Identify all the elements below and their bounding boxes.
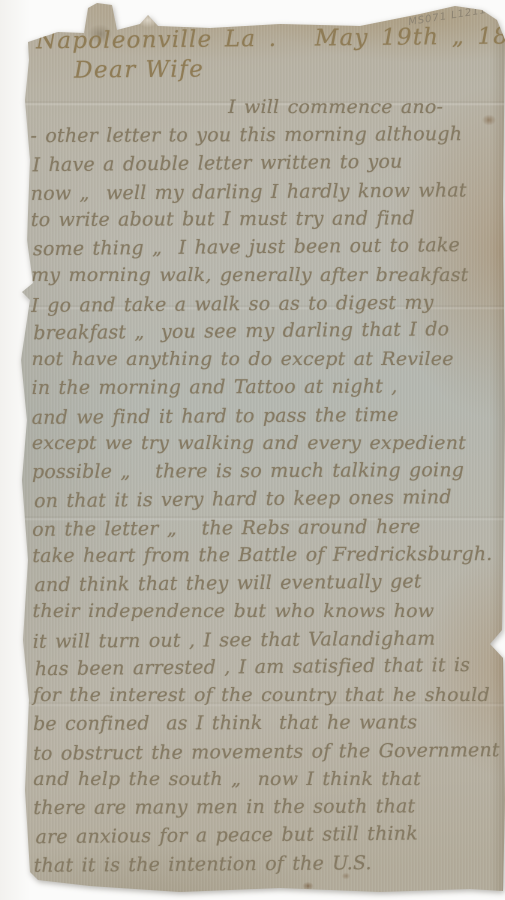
letter-line: and help the south „ now I think that (33, 765, 495, 793)
letter-salutation: Dear Wife (74, 56, 205, 83)
letter-line: and we find it hard to pass the time (32, 400, 494, 432)
letter-line: for the interest of the country that he … (33, 681, 495, 709)
letter-line: are anxious for a peace but still think (35, 819, 497, 851)
letter-line: I have a double letter written to you (32, 147, 494, 179)
scanned-letter: MS071 L1211 Napoleonville La . May 19th … (0, 0, 505, 900)
letter-line: except we try walking and every expedien… (32, 429, 494, 457)
letter-paper: MS071 L1211 Napoleonville La . May 19th … (0, 0, 505, 900)
letter-dateline: Napoleonville La . May 19th „ 1863 (36, 24, 496, 55)
letter-line: in the morning and Tattoo at night , (32, 372, 494, 402)
letter-line: and think that they will eventually get (34, 567, 496, 599)
letter-line: - other letter to you this morning altho… (30, 120, 492, 150)
letter-line: breakfast „ you see my darling that I do (33, 315, 495, 347)
letter-line: on that it is very hard to keep ones min… (34, 483, 496, 515)
letter-line: take heart from the Battle of Fredricksb… (32, 540, 494, 570)
letter-line: my morning walk, generally after breakfa… (31, 261, 493, 289)
letter-line: their independence but who knows how (33, 597, 495, 625)
letter-line: that it is the intention of the U.S. (34, 848, 496, 880)
letter-line: on the letter „ the Rebs around here (32, 512, 494, 544)
letter-line: to write about but I must try and find (31, 204, 493, 234)
letter-line: there are many men in the south that (33, 792, 495, 822)
letter-line: I will commence ano- (30, 93, 492, 121)
paper-shadow-wrap: MS071 L1211 Napoleonville La . May 19th … (0, 0, 505, 900)
letter-line: to obstruct the movements of the Governm… (33, 736, 495, 768)
letter-line: possible „ there is so much talking goin… (32, 456, 494, 486)
letter-line: some thing „ I have just been out to tak… (33, 231, 495, 263)
letter-line: now „ well my darling I hardly know what (31, 176, 493, 208)
letter-line: not have anything to do except at Revile… (31, 345, 493, 373)
letter-body: I will commence ano-- other letter to yo… (30, 92, 495, 878)
letter-line: has been arrested , I am satisfied that … (35, 651, 497, 683)
letter-line: be confined as I think that he wants (33, 708, 495, 738)
